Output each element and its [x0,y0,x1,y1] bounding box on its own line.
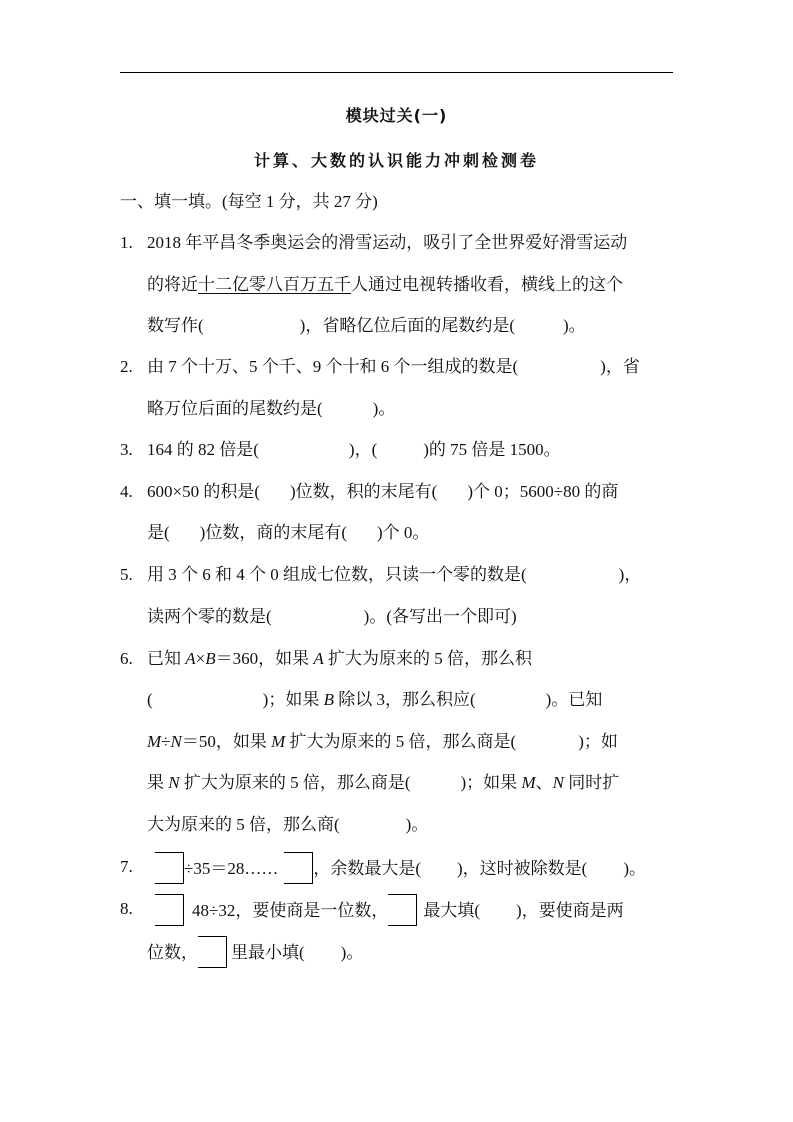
remainder-box[interactable] [284,852,313,884]
digit-box[interactable] [198,936,227,968]
question-number: 1. [120,232,133,254]
question-text: 164 的 82 倍是()，()的 75 倍是 1500。 [147,439,561,461]
question-number: 2. [120,356,133,378]
question-text: 略万位后面的尾数约是()。 [147,398,395,420]
question-number: 7. [120,856,133,878]
question-number: 6. [120,648,133,670]
question-number: 3. [120,439,133,461]
question-text: M÷N＝50，如果 M 扩大为原来的 5 倍，那么商是()；如 [147,731,618,753]
question-number: 4. [120,481,133,503]
question-text: 已知 A×B＝360，如果 A 扩大为原来的 5 倍，那么积 [147,648,532,670]
question-text: 大为原来的 5 倍，那么商()。 [147,814,428,836]
digit-box[interactable] [155,894,184,926]
question-number: 5. [120,564,133,586]
dividend-box[interactable] [155,852,184,884]
page-subtitle: 计算、大数的认识能力冲刺检测卷 [0,148,793,171]
question-text: 位数，里最小填()。 [147,940,363,968]
section-heading: 一、填一填。(每空 1 分，共 27 分) [120,191,378,213]
exam-page: 模块过关(一) 计算、大数的认识能力冲刺检测卷 一、填一填。(每空 1 分，共 … [0,0,793,1122]
underlined-number-words: 十二亿零八百万五千 [198,275,351,294]
question-text: 读两个零的数是()。(各写出一个即可) [147,606,517,628]
question-text: 2018 年平昌冬季奥运会的滑雪运动，吸引了全世界爱好滑雪运动 [147,232,627,254]
question-text: 用 3 个 6 和 4 个 0 组成七位数，只读一个零的数是()， [147,564,641,586]
page-title: 模块过关(一) [0,103,793,126]
digit-box[interactable] [388,894,417,926]
question-text: 的将近十二亿零八百万五千人通过电视转播收看，横线上的这个 [147,274,623,296]
question-text: ()；如果 B 除以 3，那么积应()。已知 [147,689,602,711]
question-text: 是()位数，商的末尾有()个 0。 [147,522,429,544]
question-text: 数写作()，省略亿位后面的尾数约是()。 [147,315,586,337]
question-text: ÷35＝28……，余数最大是()，这时被除数是()。 [155,856,646,884]
question-text: 由 7 个十万、5 个千、9 个十和 6 个一组成的数是()，省 [147,356,640,378]
header-rule [120,72,673,73]
question-text: 600×50 的积是()位数，积的末尾有()个 0；5600÷80 的商 [147,481,618,503]
question-text: 果 N 扩大为原来的 5 倍，那么商是()；如果 M、N 同时扩 [147,772,619,794]
question-number: 8. [120,898,133,920]
question-text: 48÷32，要使商是一位数，最大填()，要使商是两 [155,898,624,926]
